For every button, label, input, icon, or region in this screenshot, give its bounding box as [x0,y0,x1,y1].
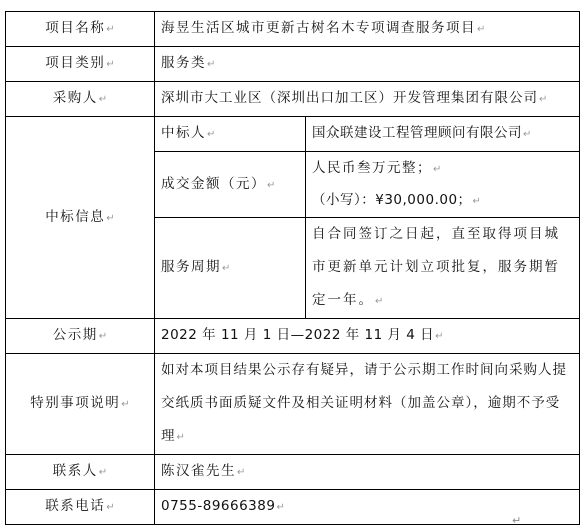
paragraph-mark-icon: ↵ [207,59,215,70]
special-notes-label: 特别事项说明↵ [6,354,155,455]
paragraph-mark-icon: ↵ [276,502,284,513]
paragraph-mark-icon: ↵ [207,129,215,140]
phone-label: 联系电话↵ [6,490,155,525]
paragraph-mark-icon: ↵ [473,196,481,207]
paragraph-end-mark-icon: ↵ [512,514,521,527]
project-name-label: 项目名称↵ [6,12,155,47]
row-contact: 联系人↵ 陈汉雀先生↵ [6,455,580,490]
purchaser-value: 深圳市大工业区（深圳出口加工区）开发管理集团有限公司↵ [155,82,580,117]
paragraph-mark-icon: ↵ [237,467,245,478]
row-project-name: 项目名称↵ 海昱生活区城市更新古树名木专项调查服务项目↵ [6,12,580,47]
row-phone: 联系电话↵ 0755-89666389↵ [6,490,580,525]
project-category-value: 服务类↵ [155,47,580,82]
paragraph-mark-icon: ↵ [523,129,531,140]
paragraph-mark-icon: ↵ [539,94,547,105]
publicity-period-label: 公示期↵ [6,319,155,354]
service-period-value: 自合同签订之日起，直至取得项目城市更新单元计划立项批复，服务期暂定一年。↵ [306,218,580,319]
paragraph-mark-icon: ↵ [106,213,114,224]
amount-in-words: 人民币叁万元整；↵ [312,153,573,185]
row-winner: 中标信息↵ 中标人↵ 国众联建设工程管理顾问有限公司↵ [6,117,580,152]
paragraph-mark-icon: ↵ [267,180,275,191]
paragraph-mark-icon: ↵ [433,164,441,175]
paragraph-mark-icon: ↵ [99,94,107,105]
winner-value: 国众联建设工程管理顾问有限公司↵ [306,117,580,152]
service-period-label: 服务周期↵ [155,218,306,319]
special-notes-value: 如对本项目结果公示存有疑异，请于公示期工作时间向采购人提交纸质书面质疑文件及相关… [155,354,580,455]
amount-value: 人民币叁万元整；↵ （小写）：¥30,000.00；↵ [306,152,580,218]
paragraph-mark-icon: ↵ [106,24,114,35]
paragraph-mark-icon: ↵ [222,263,230,274]
paragraph-mark-icon: ↵ [375,296,383,307]
paragraph-mark-icon: ↵ [121,399,129,410]
purchaser-label: 采购人↵ [6,82,155,117]
paragraph-mark-icon: ↵ [106,502,114,513]
project-category-label: 项目类别↵ [6,47,155,82]
paragraph-mark-icon: ↵ [435,331,443,342]
paragraph-mark-icon: ↵ [99,467,107,478]
paragraph-mark-icon: ↵ [99,331,107,342]
amount-label: 成交金额（元）↵ [155,152,306,218]
contact-label: 联系人↵ [6,455,155,490]
contact-value: 陈汉雀先生↵ [155,455,580,490]
publicity-period-value: 2022 年 11 月 1 日—2022 年 11 月 4 日↵ [155,319,580,354]
paragraph-mark-icon: ↵ [477,24,485,35]
row-special-notes: 特别事项说明↵ 如对本项目结果公示存有疑异，请于公示期工作时间向采购人提交纸质书… [6,354,580,455]
project-name-value: 海昱生活区城市更新古树名木专项调查服务项目↵ [155,12,580,47]
amount-in-figures: （小写）：¥30,000.00；↵ [312,185,573,217]
award-info-label: 中标信息↵ [6,117,155,319]
paragraph-mark-icon: ↵ [106,59,114,70]
announcement-table: 项目名称↵ 海昱生活区城市更新古树名木专项调查服务项目↵ 项目类别↵ 服务类↵ … [5,11,580,525]
paragraph-mark-icon: ↵ [177,432,185,443]
row-publicity-period: 公示期↵ 2022 年 11 月 1 日—2022 年 11 月 4 日↵ [6,319,580,354]
row-purchaser: 采购人↵ 深圳市大工业区（深圳出口加工区）开发管理集团有限公司↵ [6,82,580,117]
winner-label: 中标人↵ [155,117,306,152]
row-project-category: 项目类别↵ 服务类↵ [6,47,580,82]
